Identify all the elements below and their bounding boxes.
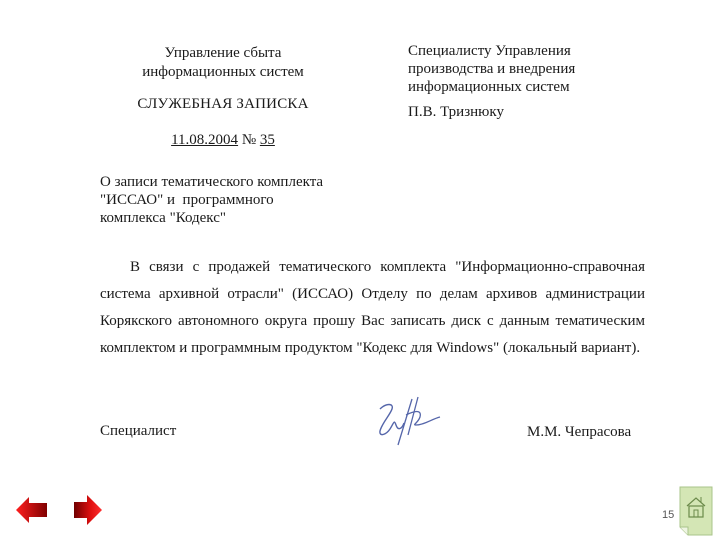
recipient-line-3: информационных систем	[408, 78, 648, 96]
recipient-line-2: производства и внедрения	[408, 60, 648, 78]
home-icon[interactable]	[679, 486, 713, 536]
date-number-line: 11.08.2004 № 35	[118, 132, 328, 149]
document-date: 11.08.2004	[171, 132, 238, 148]
handwritten-signature	[372, 395, 462, 453]
recipient-line-1: Специалисту Управления	[408, 42, 648, 60]
arrow-right-icon[interactable]	[73, 494, 103, 526]
memo-body: В связи с продажей тематического комплек…	[100, 254, 645, 362]
signer-name: М.М. Чепрасова	[527, 424, 631, 441]
subject-line-3: комплекса "Кодекс"	[100, 209, 360, 227]
sender-line-1: Управление сбыта	[118, 44, 328, 63]
recipient-name: П.В. Тризнюку	[408, 104, 504, 121]
recipient-block: Специалисту Управления производства и вн…	[408, 42, 648, 96]
subject-block: О записи тематического комплекта "ИССАО"…	[100, 173, 360, 227]
page-number: 15	[662, 509, 674, 521]
document-type-title: СЛУЖЕБНАЯ ЗАПИСКА	[118, 96, 328, 113]
subject-line-1: О записи тематического комплекта	[100, 173, 360, 191]
signer-title: Специалист	[100, 423, 176, 440]
arrow-left-icon[interactable]	[16, 496, 48, 524]
subject-line-2: "ИССАО" и программного	[100, 191, 360, 209]
number-sign: №	[242, 132, 256, 148]
sender-department: Управление сбыта информационных систем	[118, 44, 328, 82]
document-number: 35	[260, 132, 275, 148]
sender-line-2: информационных систем	[118, 63, 328, 82]
